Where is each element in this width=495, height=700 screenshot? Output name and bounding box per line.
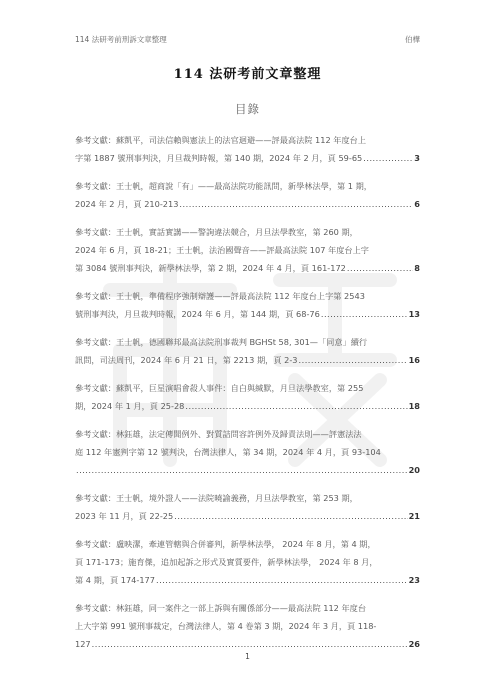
toc-page-number: 21 <box>409 507 420 525</box>
toc-entry[interactable]: 參考文獻：林鈺雄，法定傳聞例外、對質詰問容許例外及歸責法則——評憲法法 庭 11… <box>75 425 420 479</box>
toc-page-number: 26 <box>409 635 420 653</box>
toc-entry-leader-line: 期，2024 年 1 月，頁 25-28 18 <box>75 397 420 415</box>
toc-page-number: 18 <box>409 397 420 415</box>
toc-entry-line: 參考文獻：林鈺雄，法定傳聞例外、對質詰問容許例外及歸責法則——評憲法法 <box>75 425 420 443</box>
dot-leader <box>321 305 408 323</box>
toc-page-number: 3 <box>414 149 420 167</box>
toc-entry-leader-line: 第 4 期，頁 174-177 23 <box>75 571 420 589</box>
toc-entry[interactable]: 參考文獻：林鈺雄，同一案件之一部上訴與有關係部分——最高法院 112 年度台 上… <box>75 599 420 653</box>
toc-entry-line: 參考文獻：王士帆，境外證人——法院曉諭義務，月旦法學教室，第 253 期， <box>75 489 420 507</box>
toc-entry-leader-line: 2023 年 11 月，頁 22-25 21 <box>75 507 420 525</box>
toc-entry-line: 期，2024 年 1 月，頁 25-28 <box>75 397 184 415</box>
toc-heading: 目錄 <box>0 101 495 117</box>
toc-entry-line: 第 3084 號刑事判決，新學林法學，第 2 期，2024 年 4 月，頁 16… <box>75 259 346 277</box>
toc-entry-line: 參考文獻：王士帆，德國聯邦最高法院刑事裁判 BGHSt 58, 301—「同意」… <box>75 333 420 351</box>
dot-leader <box>185 397 407 415</box>
toc-entry[interactable]: 參考文獻：王士帆，超商說「有」——最高法院功能訊問，新學林法學，第 1 期， 2… <box>75 177 420 213</box>
dot-leader <box>174 507 407 525</box>
toc-entry-leader-line: 字第 1887 號刑事判決，月旦裁判時報，第 140 期，2024 年 2 月，… <box>75 149 420 167</box>
toc-entry[interactable]: 參考文獻：王士帆，境外證人——法院曉諭義務，月旦法學教室，第 253 期， 20… <box>75 489 420 525</box>
toc-entry-line: 參考文獻：王士帆，實話實講——警詢違法競合，月旦法學教室，第 260 期， <box>75 223 420 241</box>
toc-entry[interactable]: 參考文獻：王士帆，實話實講——警詢違法競合，月旦法學教室，第 260 期， 20… <box>75 223 420 277</box>
toc-page-number: 6 <box>414 195 420 213</box>
header-document-title: 114 法研考前刑訴文章整理 <box>75 34 167 45</box>
dot-leader <box>92 635 408 653</box>
dot-leader <box>179 195 413 213</box>
toc-entry-line: 2023 年 11 月，頁 22-25 <box>75 507 173 525</box>
toc-entry[interactable]: 參考文獻：盧映潔，牽連管轄與合併審判，新學林法學， 2024 年 8 月，第 4… <box>75 535 420 589</box>
dot-leader <box>299 351 408 369</box>
toc-entry-line: 庭 112 年憲判字第 12 號判決，台灣法律人，第 34 期，2024 年 4… <box>75 443 420 461</box>
toc-entry-line: 參考文獻：蘇凱平，巨星演唱會殺人事件：自白與緘默，月旦法學教室，第 255 <box>75 379 420 397</box>
toc-page-number: 8 <box>414 259 420 277</box>
toc-entry-line: 127 <box>75 635 91 653</box>
toc-entry-leader-line: 號刑事判決，月旦裁判時報，2024 年 6 月，第 144 期，頁 68-76 … <box>75 305 420 323</box>
toc-entry-leader-line: 訊問，司法周刊，2024 年 6 月 21 日，第 2213 期，頁 2-3 1… <box>75 351 420 369</box>
toc-entry-line: 字第 1887 號刑事判決，月旦裁判時報，第 140 期，2024 年 2 月，… <box>75 149 362 167</box>
toc-page-number: 20 <box>409 461 420 479</box>
toc-page-number: 13 <box>409 305 420 323</box>
toc-entry[interactable]: 參考文獻：蘇凱平，巨星演唱會殺人事件：自白與緘默，月旦法學教室，第 255 期，… <box>75 379 420 415</box>
toc-entry-leader-line: 20 <box>75 461 420 479</box>
page-header: 114 法研考前刑訴文章整理 伯樺 <box>75 34 420 45</box>
toc-entry-line: 參考文獻：蘇凱平，司法信賴與憲法上的法官迴避——評最高法院 112 年度台上 <box>75 131 420 149</box>
toc-entry-leader-line: 第 3084 號刑事判決，新學林法學，第 2 期，2024 年 4 月，頁 16… <box>75 259 420 277</box>
toc-entry-leader-line: 127 26 <box>75 635 420 653</box>
page-number: 1 <box>0 652 495 661</box>
toc-entry-line: 參考文獻：王士帆，超商說「有」——最高法院功能訊問，新學林法學，第 1 期， <box>75 177 420 195</box>
toc-entry[interactable]: 參考文獻：蘇凱平，司法信賴與憲法上的法官迴避——評最高法院 112 年度台上 字… <box>75 131 420 167</box>
dot-leader <box>363 149 413 167</box>
table-of-contents: 參考文獻：蘇凱平，司法信賴與憲法上的法官迴避——評最高法院 112 年度台上 字… <box>75 131 420 663</box>
toc-entry-line: 參考文獻：盧映潔，牽連管轄與合併審判，新學林法學， 2024 年 8 月，第 4… <box>75 535 420 553</box>
dot-leader <box>76 461 408 479</box>
toc-page-number: 16 <box>409 351 420 369</box>
toc-entry-line: 第 4 期，頁 174-177 <box>75 571 155 589</box>
dot-leader <box>347 259 413 277</box>
toc-entry-line: 訊問，司法周刊，2024 年 6 月 21 日，第 2213 期，頁 2-3 <box>75 351 298 369</box>
toc-entry-line: 2024 年 2 月，頁 210-213 <box>75 195 178 213</box>
toc-entry-line: 參考文獻：林鈺雄，同一案件之一部上訴與有關係部分——最高法院 112 年度台 <box>75 599 420 617</box>
dot-leader <box>156 571 408 589</box>
toc-entry[interactable]: 參考文獻：王士帆，德國聯邦最高法院刑事裁判 BGHSt 58, 301—「同意」… <box>75 333 420 369</box>
toc-entry-line: 參考文獻：王士帆，準備程序強制辯護——評最高法院 112 年度台上字第 2543 <box>75 287 420 305</box>
toc-entry[interactable]: 參考文獻：王士帆，準備程序強制辯護——評最高法院 112 年度台上字第 2543… <box>75 287 420 323</box>
toc-page-number: 23 <box>409 571 420 589</box>
header-author: 伯樺 <box>405 34 420 45</box>
toc-entry-leader-line: 2024 年 2 月，頁 210-213 6 <box>75 195 420 213</box>
toc-entry-line: 2024 年 6 月，頁 18-21；王士帆，法治國聲音——評最高法院 107 … <box>75 241 420 259</box>
document-title: 114 法研考前文章整理 <box>0 63 495 82</box>
toc-entry-line: 上大字第 991 號刑事裁定，台灣法律人，第 4 卷第 3 期，2024 年 3… <box>75 617 420 635</box>
toc-entry-line: 號刑事判決，月旦裁判時報，2024 年 6 月，第 144 期，頁 68-76 <box>75 305 320 323</box>
toc-entry-line: 頁 171-173；施育傑，追加起訴之形式及實質要件，新學林法學， 2024 年… <box>75 553 420 571</box>
